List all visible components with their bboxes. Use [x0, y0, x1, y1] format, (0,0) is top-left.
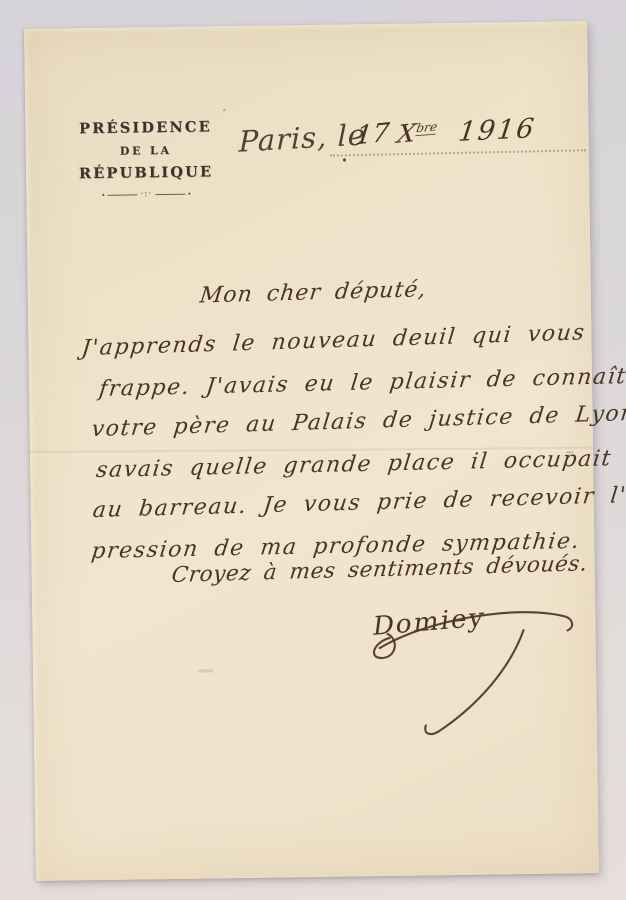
signature-tail — [424, 630, 525, 734]
body-line: votre père au Palais de justice de Lyon … — [90, 399, 626, 443]
photo-backdrop: PRÉSIDENCE DE LA RÉPUBLIQUE ·:· Paris, l… — [0, 0, 626, 900]
salutation: Mon cher député, — [198, 277, 427, 308]
handwritten-year: 1916 — [457, 113, 538, 148]
letterhead-ornament: ·:· — [64, 191, 228, 197]
handwritten-day: 17 — [354, 118, 391, 151]
signature: Domiey — [337, 579, 589, 752]
letterhead-line2: DE LA — [64, 143, 228, 158]
ornament-line — [108, 194, 138, 195]
body-line: J'apprends le nouveau deuil qui vous — [80, 320, 587, 361]
paper-speck — [198, 669, 213, 672]
ink-speck — [343, 158, 346, 161]
paper-speck — [566, 451, 573, 453]
body-line: au barreau. Je vous prie de recevoir l'e… — [91, 482, 626, 523]
ornament-dot — [188, 193, 190, 195]
month-abbrev-sup: bre — [415, 119, 438, 136]
handwritten-month: Xbre — [395, 117, 439, 149]
ornament-line — [155, 193, 185, 194]
paper-speck — [223, 109, 225, 111]
letterhead-line3: RÉPUBLIQUE — [64, 163, 228, 182]
letterhead-line1: PRÉSIDENCE — [63, 118, 227, 137]
ornament-center: ·:· — [140, 192, 152, 196]
ornament-dot — [102, 194, 104, 196]
body-line: frappe. J'avais eu le plaisir de connaît… — [98, 363, 626, 402]
letter-paper: PRÉSIDENCE DE LA RÉPUBLIQUE ·:· Paris, l… — [24, 21, 599, 881]
letterhead: PRÉSIDENCE DE LA RÉPUBLIQUE ·:· — [63, 118, 228, 197]
